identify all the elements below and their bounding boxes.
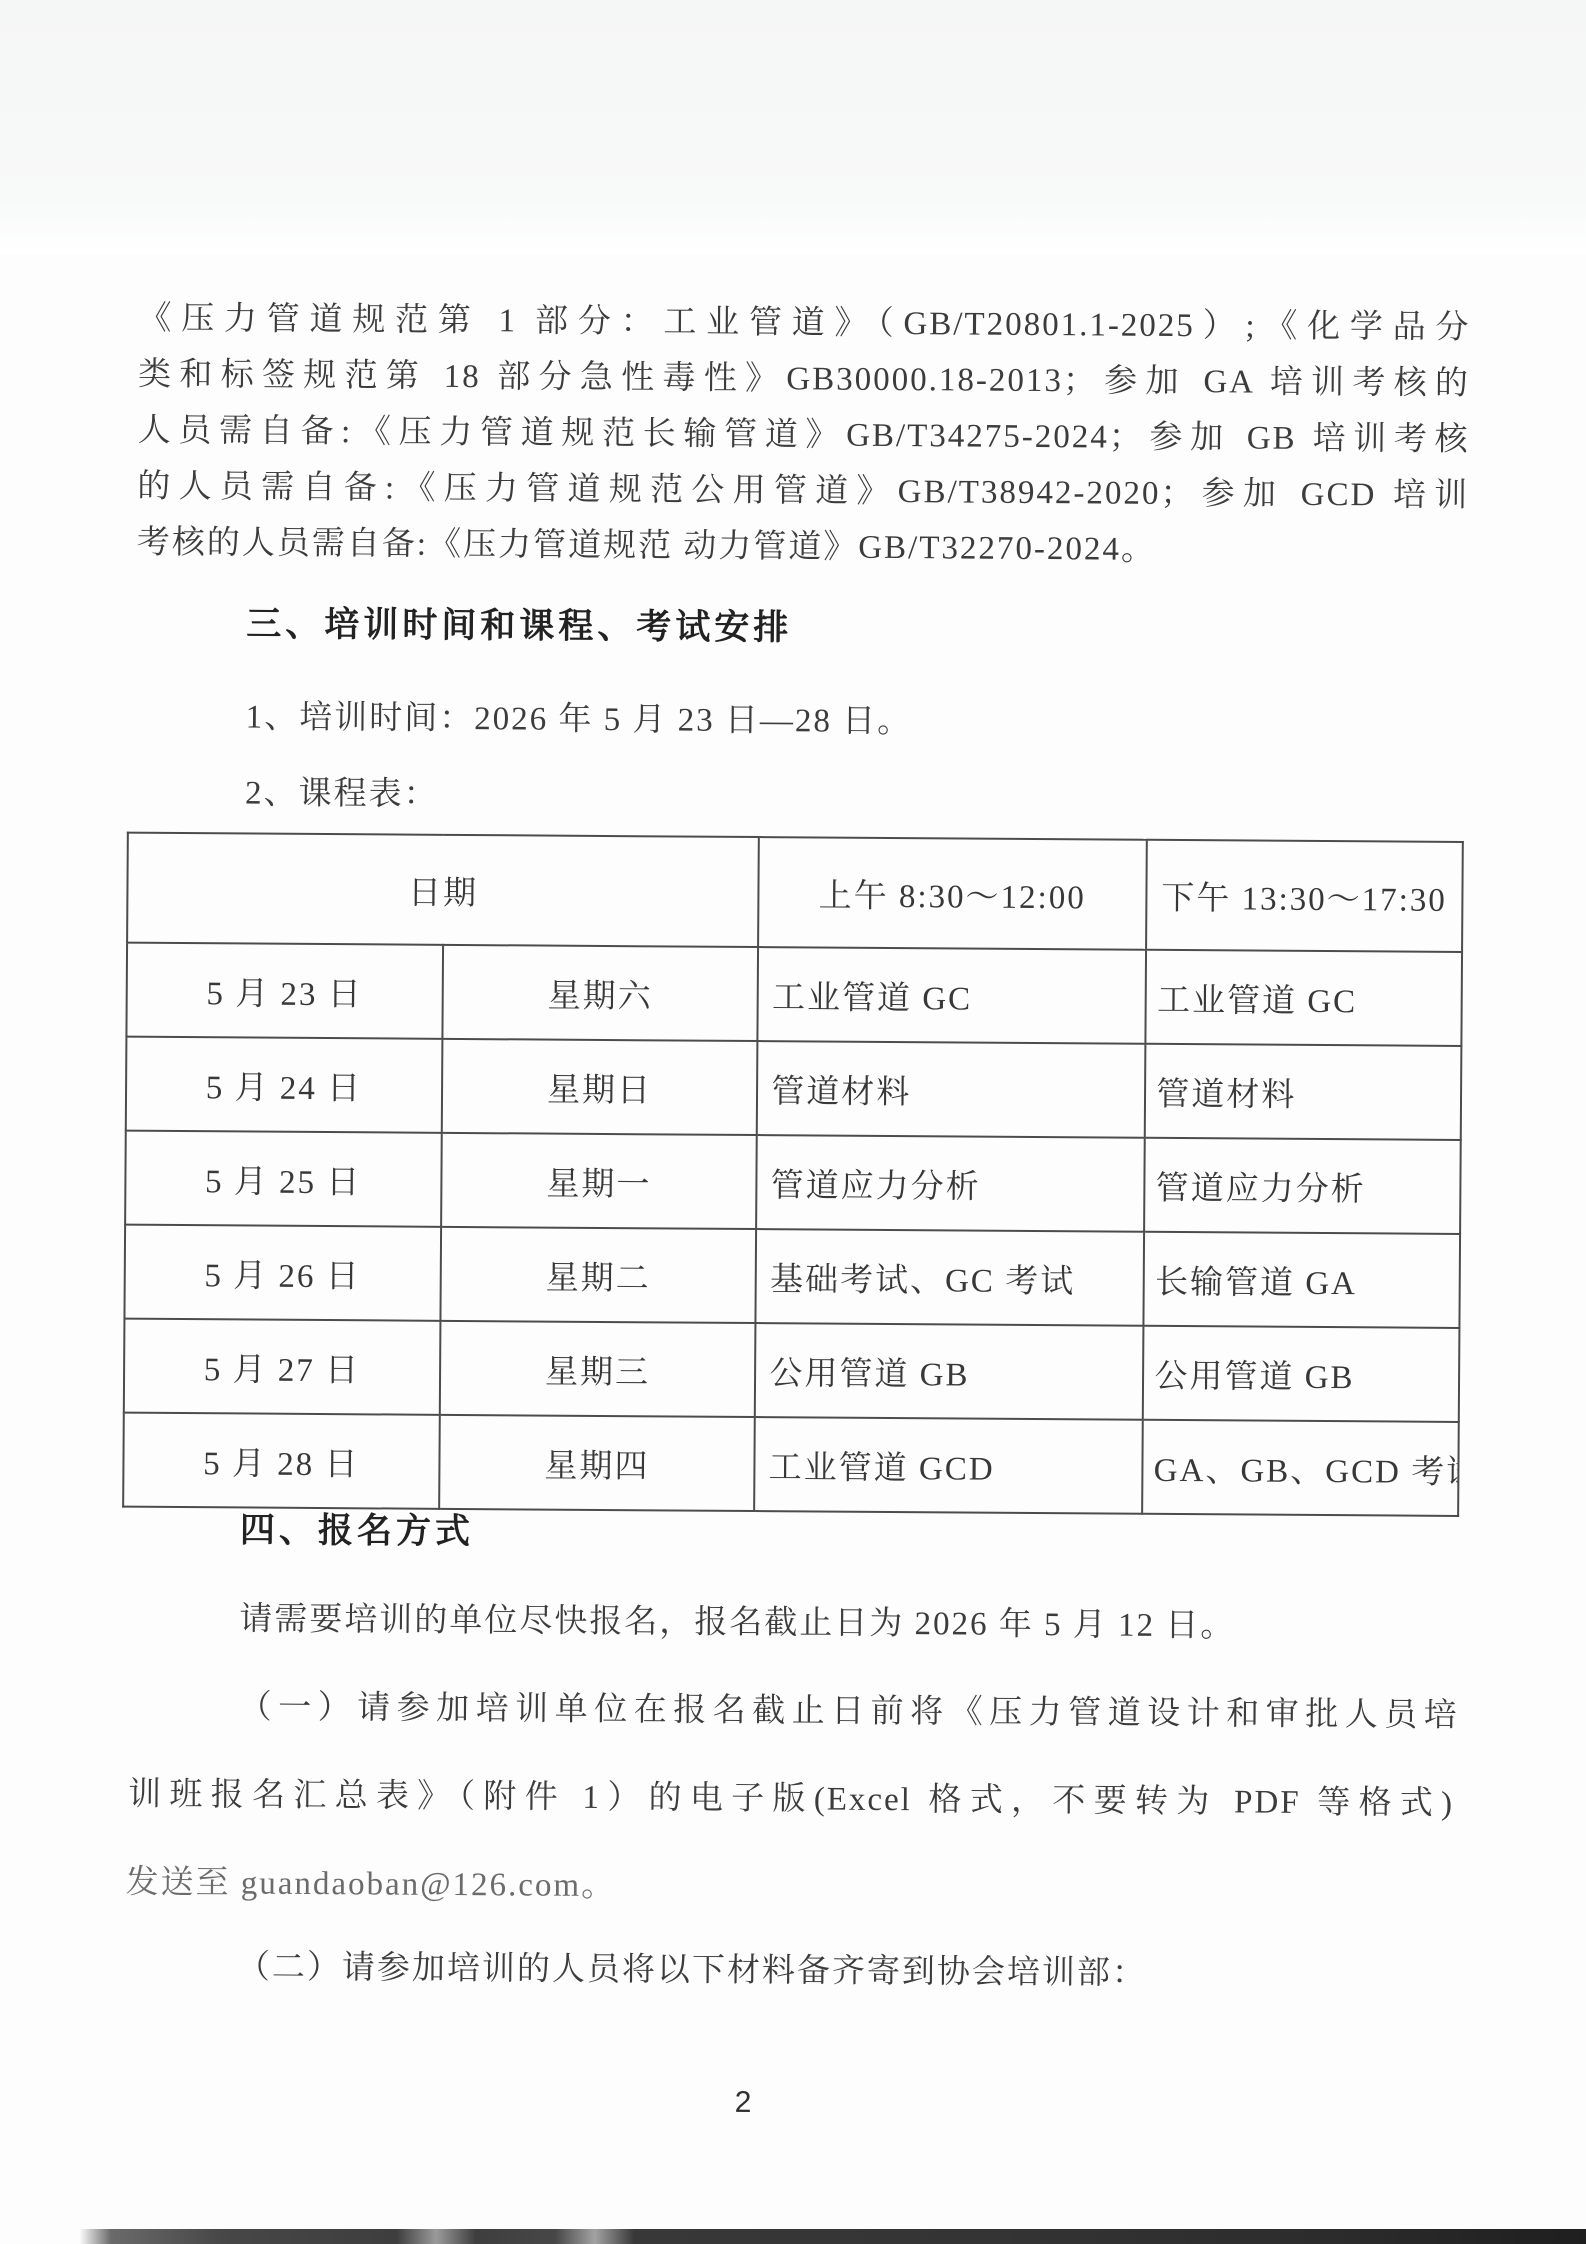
- cell-afternoon: 公用管道 GB: [1143, 1326, 1459, 1422]
- section4-heading: 四、报名方式: [240, 1502, 474, 1554]
- cell-weekday: 星期三: [439, 1321, 755, 1417]
- cell-weekday: 星期六: [442, 945, 758, 1041]
- table-row: 5 月 27 日 星期三 公用管道 GB 公用管道 GB: [124, 1319, 1460, 1422]
- intro-line: 《压力管道规范第 1 部分：工业管道》（GB/T20801.1-2025）;《化…: [138, 292, 1470, 348]
- intro-line: 考核的人员需自备:《压力管道规范 动力管道》GB/T32270-2024。: [137, 516, 1156, 570]
- cell-afternoon: 管道应力分析: [1144, 1138, 1460, 1234]
- table-row: 5 月 24 日 星期日 管道材料 管道材料: [126, 1037, 1462, 1140]
- cell-afternoon: 工业管道 GC: [1146, 950, 1462, 1046]
- cell-morning: 工业管道 GCD: [754, 1417, 1143, 1514]
- header-cell-afternoon: 下午 13:30～17:30: [1146, 840, 1462, 952]
- intro-line: 的人员需自备:《压力管道规范公用管道》GB/T38942-2020；参加 GCD…: [137, 460, 1469, 516]
- table-row: 5 月 28 日 星期四 工业管道 GCD GA、GB、GCD 考试: [123, 1413, 1459, 1516]
- scanned-document-page: 《压力管道规范第 1 部分：工业管道》（GB/T20801.1-2025）;《化…: [0, 0, 1586, 2244]
- scan-bottom-edge-band: [0, 2229, 1586, 2244]
- course-table-label: 2、课程表：: [245, 766, 439, 814]
- training-time-line: 1、培训时间：2026 年 5 月 23 日—28 日。: [246, 690, 913, 742]
- cell-date: 5 月 26 日: [124, 1225, 440, 1321]
- table-header-row: 日期 上午 8:30～12:00 下午 13:30～17:30: [127, 833, 1463, 952]
- intro-line: 人员需自备:《压力管道规范长输管道》GB/T34275-2024；参加 GB 培…: [138, 404, 1470, 460]
- cell-morning: 管道应力分析: [756, 1135, 1145, 1232]
- header-cell-date: 日期: [127, 833, 759, 947]
- item1-line: （一）请参加培训单位在报名截止日前将《压力管道设计和审批人员培: [239, 1680, 1459, 1736]
- document-content: 《压力管道规范第 1 部分：工业管道》（GB/T20801.1-2025）;《化…: [0, 0, 1586, 2244]
- cell-afternoon: 长输管道 GA: [1144, 1232, 1460, 1328]
- deadline-line: 请需要培训的单位尽快报名，报名截止日为 2026 年 5 月 12 日。: [239, 1592, 1235, 1646]
- table-row: 5 月 23 日 星期六 工业管道 GC 工业管道 GC: [126, 943, 1462, 1046]
- cell-date: 5 月 27 日: [124, 1319, 440, 1415]
- header-cell-morning: 上午 8:30～12:00: [758, 837, 1147, 950]
- table-row: 5 月 26 日 星期二 基础考试、GC 考试 长输管道 GA: [124, 1225, 1460, 1328]
- cell-morning: 工业管道 GC: [758, 947, 1147, 1044]
- table-row: 5 月 25 日 星期一 管道应力分析 管道应力分析: [125, 1131, 1461, 1234]
- cell-date: 5 月 24 日: [126, 1037, 442, 1133]
- item2-line: （二）请参加培训的人员将以下材料备齐寄到协会培训部：: [237, 1940, 1147, 1993]
- intro-line: 类和标签规范第 18 部分急性毒性》GB30000.18-2013；参加 GA …: [138, 348, 1470, 404]
- cell-weekday: 星期日: [441, 1039, 757, 1135]
- cell-morning: 基础考试、GC 考试: [756, 1229, 1145, 1326]
- cell-date: 5 月 28 日: [123, 1413, 439, 1509]
- section3-heading: 三、培训时间和课程、考试安排: [246, 596, 792, 650]
- cell-weekday: 星期二: [440, 1227, 756, 1323]
- page-number: 2: [693, 2086, 793, 2121]
- cell-weekday: 星期四: [439, 1415, 755, 1511]
- cell-morning: 公用管道 GB: [755, 1323, 1144, 1420]
- cell-date: 5 月 23 日: [126, 943, 442, 1039]
- course-schedule-table: 日期 上午 8:30～12:00 下午 13:30～17:30 5 月 23 日…: [122, 832, 1464, 1517]
- cell-weekday: 星期一: [441, 1133, 757, 1229]
- cell-morning: 管道材料: [757, 1041, 1146, 1138]
- cell-afternoon: GA、GB、GCD 考试: [1142, 1420, 1458, 1516]
- cell-afternoon: 管道材料: [1145, 1044, 1461, 1140]
- email-line: 发送至 guandaoban@126.com。: [125, 1856, 616, 1906]
- cell-date: 5 月 25 日: [125, 1131, 441, 1227]
- item1-line: 训班报名汇总表》（附件 1）的电子版(Excel 格式，不要转为 PDF 等格式…: [128, 1768, 1454, 1824]
